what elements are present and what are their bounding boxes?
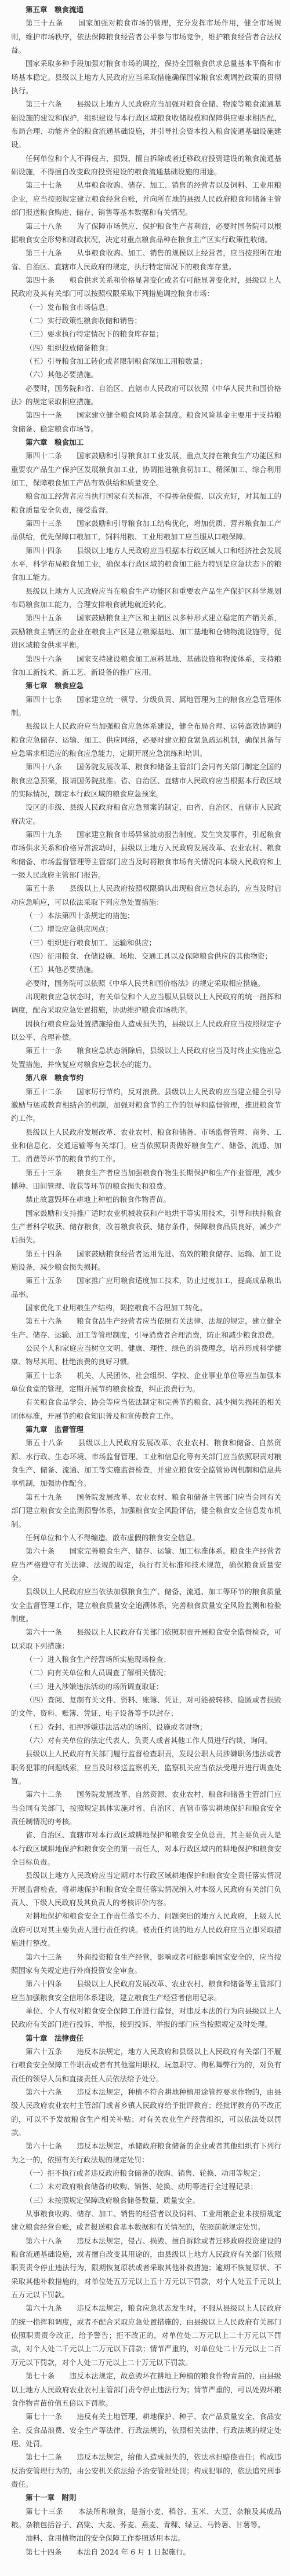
law-paragraph: 第五十八条 县级以上人民政府发展改革、农业农村、粮食和储备、自然资源、水行政、生…: [11, 1436, 281, 1490]
law-paragraph: 第四十二条 国家鼓励和引导粮食加工业发展，重点支持在粮食生产功能区和重要农产品生…: [11, 449, 281, 489]
law-paragraph: 第四十三条 国家鼓励和引导粮食加工结构优化，增加优质、营养粮食加工产品供给，优先…: [11, 517, 281, 544]
law-paragraph: 油料、食用植物油的安全保障工作参照适用本法。: [11, 2531, 281, 2545]
law-paragraph: （三）要求执行特定情况下的粮食库存量；: [11, 327, 281, 341]
law-paragraph: （六）其他必要措施。: [11, 368, 281, 381]
law-paragraph: 第五十五条 国家推广应用粮食适度加工技术，防止过度加工，提高成品粮出品率。: [11, 1274, 281, 1301]
law-paragraph: 第五十七条 机关、人民团体、社会组织、学校、企业事业单位等应当加强本单位食堂的管…: [11, 1369, 281, 1396]
law-paragraph: （四）查阅、复制有关文件、资料、账簿、凭证，对可能被转移、隐匿或者损毁的文件、资…: [11, 1693, 281, 1720]
law-paragraph: 第四十一条 国家建立健全粮食风险基金制度。粮食风险基金主要用于支持粮食储备、稳定…: [11, 408, 281, 436]
chapter-heading: 第八章 粮食节约: [11, 1071, 281, 1084]
law-paragraph: 县级以上人民政府应当加强粮食应急体系建设，健全布局合理、运转高效协调的粮食应急储…: [11, 719, 281, 760]
law-paragraph: 第六十四条 县级以上人民政府发展改革、农业农村、粮食和储备等主管部门应当加强粮食…: [11, 1977, 281, 2004]
law-paragraph: 第六十二条 国务院发展改革、自然资源、农业农村、粮食和储备主管部门应当会同有关部…: [11, 1788, 281, 1828]
law-paragraph: （一）本法第四十条规定的措施；: [11, 909, 281, 922]
law-paragraph: 县级以上人民政府应当依法加强粮食生产、储备、流通、加工等环节的粮食质量安全监督管…: [11, 1585, 281, 1625]
law-paragraph: 第七十条 违反本法规定，故意毁坏在耕地上种植的粮食作物青苗的，由县级以上地方人民…: [11, 2369, 281, 2410]
law-paragraph: 第四十九条 国家建立粮食市场异常波动报告制度。发生突发事件，引起粮食市场供求关系…: [11, 828, 281, 882]
law-paragraph: 第七十三条 本法所称粮食，是指小麦、稻谷、玉米、大豆、杂粮及其成品粮。杂粮包括谷…: [11, 2505, 281, 2532]
chapter-heading: 第七章 粮食应急: [11, 679, 281, 692]
law-paragraph: 省、自治区、直辖市对本行政区域耕地保护和粮食安全负总责，其主要负责人是本行政区域…: [11, 1828, 281, 1869]
law-paragraph: 国家优化工业用粮生产结构，调控粮食不合理加工转化。: [11, 1301, 281, 1314]
law-paragraph: 第七十四条 本法自 2024 年 6 月 1 日起施行。: [11, 2545, 281, 2559]
law-paragraph: 第五十四条 国家鼓励粮食经营者运用先进、高效的粮食储存、运输、加工设施设备，减少…: [11, 1247, 281, 1274]
law-paragraph: 第四十条 粮食供求关系和价格显著变化或者有可能显著变化时，县级以上人民政府及其有…: [11, 273, 281, 301]
law-paragraph: （三）未按照规定保障政府粮食储备数量、质量安全。: [11, 2194, 281, 2207]
law-paragraph: 公民个人和家庭应当树立文明、健康、理性、绿色的消费理念，培养形成科学健康、物尽其…: [11, 1342, 281, 1369]
law-paragraph: 第五十三条 粮食生产者应当加强粮食作物生长期保护和生产作业管理，减少播种、田间管…: [11, 1166, 281, 1193]
chapter-heading: 第十一章 附则: [11, 2491, 281, 2504]
law-paragraph: 县级以上人民政府有关部门履行监督检查职责，发现公职人员涉嫌职务违法或者职务犯罪的…: [11, 1747, 281, 1788]
law-paragraph: （五）查封、扣押涉嫌违法活动的场所、设施或者财物；: [11, 1720, 281, 1734]
law-paragraph: 国家采取多种手段加强对粮食市场的调控，保持全国粮食供求总量基本平衡和市场基本稳定…: [11, 57, 281, 97]
law-paragraph: 从事粮食收购、储存、加工、销售的经营者以及饲料、工业用粮企业未按照规定建立粮食经…: [11, 2207, 281, 2234]
law-paragraph: 第四十五条 国家鼓励粮食主产区和主销区以多种形式建立稳定的产销关系，鼓励粮食主销…: [11, 611, 281, 652]
law-paragraph: 第五十六条 粮食食品生产经营者应当依照有关法律、法规的规定，建立健全生产、储存、…: [11, 1314, 281, 1342]
law-paragraph: 第五十九条 国务院发展改革、农业农村、粮食和储备主管部门应当会同有关部门建立粮食…: [11, 1490, 281, 1531]
law-paragraph: 有关粮食食品学会、协会等应当依法制定和完善节约粮食、减少损失损耗的相关团体标准，…: [11, 1395, 281, 1423]
law-paragraph: 第七十一条 违反有关土地管理、耕地保护、种子、农产品质量安全、食品安全、反食品浪…: [11, 2410, 281, 2450]
law-paragraph: （二）实行政策性粮食收储和销售；: [11, 314, 281, 327]
law-paragraph: 第五十条 县级以上人民政府按照权限确认出现粮食应急状态的，应当及时启动应急响应，…: [11, 882, 281, 909]
law-paragraph: （二）未对政府粮食储备的收购、销售、轮换、动用等进行全过程记录；: [11, 2180, 281, 2193]
law-paragraph: 第六十六条 违反本法规定，种植不符合耕地种植用途管控要求作物的，由县级人民政府农…: [11, 2085, 281, 2139]
law-paragraph: （一）拒不执行或者违反政府粮食储备的收购、销售、轮换、动用等规定；: [11, 2166, 281, 2180]
law-paragraph: 禁止故意毁坏在耕地上种植的粮食作物青苗。: [11, 1193, 281, 1206]
law-paragraph: 第五十二条 国家厉行节约，反对浪费。县级以上人民政府应当建立健全引导激励与惩戒教…: [11, 1085, 281, 1126]
law-paragraph: 任何单位和个人不得侵占、损毁、擅自拆除或者迁移政府投资建设的粮食流通基础设施，不…: [11, 152, 281, 179]
law-paragraph: （五）引导粮食加工转化或者限制粮食深加工用粮数量；: [11, 355, 281, 368]
law-paragraph: 因执行粮食应急处置措施给他人造成损失的，县级以上人民政府应当按照规定予以公平、合…: [11, 1017, 281, 1044]
law-paragraph: 第三十七条 从事粮食收购、储存、加工、销售的经营者以及饲料、工业用粮企业，应当按…: [11, 178, 281, 219]
law-paragraph: （三）组织进行粮食加工、运输和供应；: [11, 936, 281, 949]
law-paragraph: 国家鼓励和支持推广适时农业机械收获和产地烘干等实用技术，引导和扶持粮食生产者科学…: [11, 1207, 281, 1247]
law-paragraph: 第四十四条 县级以上地方人民政府应当根据本行政区域人口和经济社会发展水平，科学布…: [11, 544, 281, 584]
law-paragraph: 第三十六条 县级以上地方人民政府应当加强对粮食仓储、物流等粮食流通基础设施的建设…: [11, 97, 281, 151]
law-paragraph: （四）组织投放储备粮食；: [11, 341, 281, 355]
law-paragraph: 县级以上地方人民政府应当在粮食生产功能区和重要农产品生产保护区科学规划布局粮食加…: [11, 584, 281, 612]
law-paragraph: （一）进入粮食生产经营场所实施现场检查；: [11, 1653, 281, 1666]
law-paragraph: （三）进入涉嫌违法活动的场所调查取证；: [11, 1680, 281, 1693]
law-paragraph: 第六十七条 违反本法规定，承储政府粮食储备的企业或者其他组织有下列行为之一的，依…: [11, 2139, 281, 2166]
law-paragraph: 第三十五条 国家加强对粮食市场的管理，充分发挥市场作用，健全市场规则，维护市场秩…: [11, 16, 281, 57]
law-paragraph: （五）其他必要措施。: [11, 963, 281, 976]
law-paragraph: 必要时，国务院可以依照《中华人民共和国价格法》的规定采取相应措施。: [11, 977, 281, 990]
law-paragraph: （一）发布粮食市场信息；: [11, 301, 281, 314]
law-paragraph: 第六十五条 违反本法规定，地方人民政府和县级以上人民政府有关部门不履行粮食安全保…: [11, 2045, 281, 2085]
law-paragraph: 对耕地保护和粮食安全工作责任落实不力、问题突出的地方人民政府，上级人民政府可以对…: [11, 1909, 281, 1950]
law-paragraph: （六）对有关单位的法定代表人、负责人或者其他工作人员进行约谈、询问。: [11, 1734, 281, 1747]
law-paragraph: 第六十条 国家完善粮食生产、储存、运输、加工标准体系。粮食生产经营者应当严格遵守…: [11, 1544, 281, 1585]
chapter-heading: 第六章 粮食加工: [11, 436, 281, 449]
law-paragraph: （二）向有关单位和人员调查了解相关情况；: [11, 1666, 281, 1679]
law-paragraph: （四）征用粮食、仓储设施、场地、交通工具以及保障粮食供应的其他物资；: [11, 949, 281, 963]
law-paragraph: 第四十七条 国家建立统一领导、分级负责、属地管理为主的粮食应急管理体制。: [11, 693, 281, 720]
law-paragraph: （二）增设应急供应网点；: [11, 922, 281, 936]
law-paragraph: 县级以上人民政府发展改革、农业农村、粮食和储备、市场监督管理、商务、工业和信息化…: [11, 1126, 281, 1166]
law-paragraph: 第六十三条 外商投资粮食生产经营，影响或者可能影响国家安全的，应当按照国家有关规…: [11, 1950, 281, 1978]
law-paragraph: 出现粮食应急状态时，有关单位和个人应当服从县级以上人民政府的统一指挥和调度，配合…: [11, 990, 281, 1017]
law-paragraph: 第三十八条 为了保障市场供应、保护粮食生产者利益，必要时国务院可以根据粮食安全形…: [11, 220, 281, 247]
law-paragraph: 设区的市级、县级人民政府粮食应急预案的制定，由省、自治区、直辖市人民政府决定。: [11, 801, 281, 828]
law-paragraph: 第六十一条 县级以上人民政府有关部门依照职责开展粮食安全监督检查，可以采取下列措…: [11, 1625, 281, 1653]
law-paragraph: 第五十一条 粮食应急状态消除后，县级以上人民政府应当及时终止实施应急处置措施，并…: [11, 1044, 281, 1071]
law-paragraph: 必要时，国务院和省、自治区、直辖市人民政府可以依照《中华人民共和国价格法》的规定…: [11, 382, 281, 409]
law-paragraph: 任何单位和个人不得编造、散布虚假的粮食安全信息。: [11, 1531, 281, 1544]
law-paragraph: 第四十六条 国家支持建设粮食加工原料基地、基础设施和物流体系，支持粮食加工新技术…: [11, 652, 281, 679]
chapter-heading: 第十章 法律责任: [11, 2031, 281, 2045]
law-paragraph: 第六十八条 违反本法规定，侵占、损毁、擅自拆除或者迁移政府投资建设的粮食流通基础…: [11, 2234, 281, 2302]
law-document-page: 第五章 粮食流通第三十五条 国家加强对粮食市场的管理，充分发挥市场作用，健全市场…: [0, 0, 290, 2576]
law-paragraph: 单位、个人有权对粮食安全保障工作进行监督，对违反本法的行为向县级以上人民政府有关…: [11, 2004, 281, 2031]
law-paragraph: 粮食加工经营者应当执行国家有关标准，不得掺杂使假、以次充好，对其加工的粮食质量安…: [11, 489, 281, 517]
law-paragraph: 县级以上地方人民政府应当定期对本行政区域耕地保护和粮食安全责任落实情况开展监督检…: [11, 1869, 281, 1909]
law-paragraph: 第七十二条 违反本法规定，给他人造成损失的，依法承担赔偿责任；构成违反治安管理行…: [11, 2450, 281, 2491]
chapter-heading: 第五章 粮食流通: [11, 3, 281, 16]
law-document: 第五章 粮食流通第三十五条 国家加强对粮食市场的管理，充分发挥市场作用，健全市场…: [11, 3, 281, 2559]
law-paragraph: 第三十九条 从事粮食收购、加工、销售的规模以上经营者，应当按照所在地省、自治区、…: [11, 246, 281, 273]
law-paragraph: 第四十八条 国务院发展改革、粮食和储备主管部门会同有关部门制定全国的粮食应急预案…: [11, 760, 281, 801]
chapter-heading: 第九章 监督管理: [11, 1423, 281, 1436]
law-paragraph: 第六十九条 违反本法规定，粮食应急状态发生时，不服从县级以上人民政府的统一指挥和…: [11, 2301, 281, 2369]
